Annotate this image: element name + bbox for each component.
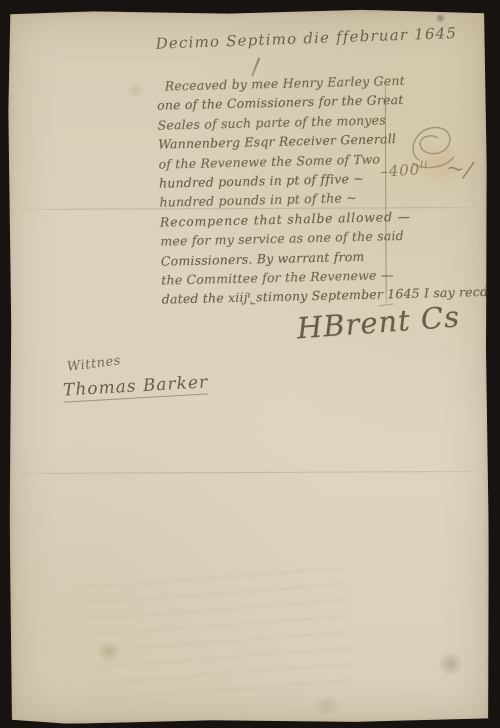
paper-stain: [310, 698, 344, 714]
fold-crease: [9, 471, 488, 474]
margin-amount-note: –400li: [380, 160, 429, 181]
ink-show-through: [88, 565, 353, 705]
manuscript-paper: Decimo Septimo die ffebruar 1645 Receave…: [7, 9, 489, 724]
witness-name: Thomas Barker: [63, 372, 209, 402]
signature: HBrent Cs: [296, 299, 461, 345]
photo-background: Decimo Septimo die ffebruar 1645 Receave…: [0, 0, 500, 728]
pounds-unit: li: [420, 160, 429, 171]
body-text-block: Receaved by mee Henry Earley Gent one of…: [157, 71, 400, 309]
margin-check-slash: ~/: [445, 155, 474, 183]
witness-label: Wittnes: [66, 353, 121, 375]
amount-figure: –400: [380, 160, 421, 180]
paper-stain: [126, 82, 146, 98]
paper-stain: [438, 651, 462, 677]
date-header: Decimo Septimo die ffebruar 1645: [155, 25, 431, 53]
paper-speck: [435, 13, 445, 23]
